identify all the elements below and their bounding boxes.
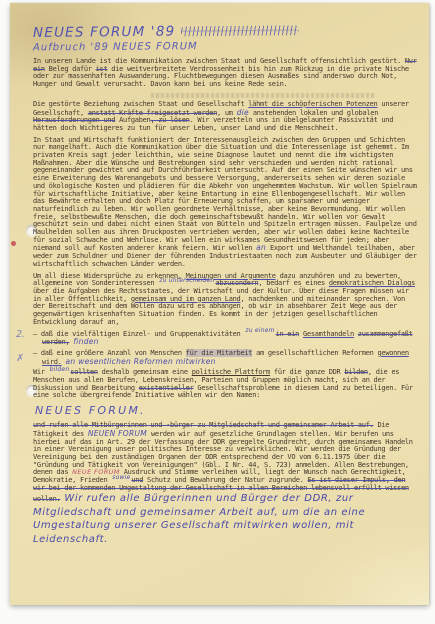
handwritten-ink: an	[256, 243, 266, 252]
typed-text: Gesamthandeln	[303, 330, 354, 338]
handwritten-ink: NEUES FORUM '89	[33, 23, 181, 41]
typed-text: NEUES FORUM.	[35, 404, 146, 417]
margin-annotation: 2.	[16, 329, 24, 340]
typed-paragraph: Die gestörte Beziehung zwischen Staat un…	[33, 101, 417, 133]
handwritten-title: NEUES FORUM '89	[33, 21, 417, 41]
scanned-paper-sheet: NEUES FORUM '89 Aufbruch '89 NEUES FORUM…	[10, 3, 429, 605]
typed-text: lähmt die schöpferischen Potenzen	[248, 100, 377, 108]
list-item: 2.– daß die vielfältigen Einzel- und Gru…	[33, 331, 417, 347]
handwritten-ink: zu einem	[245, 327, 274, 334]
typed-text: in ein	[276, 330, 300, 338]
scribbled-out-text	[181, 25, 299, 36]
handwritten-ink: Wir rufen alle Bürgerinnen und Bürger de…	[33, 493, 365, 545]
faint-ghost-text-line	[151, 93, 376, 98]
list-item: ✗– daß eine größere Anzahl von Menschen …	[33, 350, 417, 366]
typed-paragraph: In Staat und Wirtschaft funktioniert der…	[33, 137, 417, 269]
red-ink-dot	[11, 241, 16, 246]
handwritten-ink: bilden	[50, 366, 70, 373]
typed-text: am gesellschaftlichen Reformen	[252, 349, 377, 357]
typed-paragraph: Um all diese Widersprüche zu erkennen, M…	[33, 273, 417, 327]
typed-body: NEUES FORUM '89 Aufbruch '89 NEUES FORUM…	[33, 23, 417, 550]
handwritten-ink: die	[237, 108, 249, 117]
handwritten-ink: an wesentlichen Reformen mitwirken	[66, 357, 216, 366]
handwritten-forum-name: NEUES FORUM.	[35, 404, 417, 417]
typed-text: – daß die vielfältigen Einzel- und Grupp…	[33, 330, 244, 338]
typed-text: Aufbruch '89 NEUES FORUM	[33, 41, 198, 53]
handwritten-ink: zu unterscheiden	[159, 277, 214, 284]
handwritten-ink: NEUEN FORUM	[88, 429, 147, 438]
handwritten-ink: sowie	[112, 474, 130, 481]
typed-text: und rufen alle Mitbürgerinnen und -bürge…	[33, 421, 374, 429]
margin-annotation: ✗	[16, 353, 24, 364]
typed-paragraph: und rufen alle Mitbürgerinnen und -bürge…	[33, 422, 417, 546]
scan-canvas: { "meta": { "kind": "scanned typewritten…	[0, 0, 435, 624]
handwritten-subtitle: Aufbruch '89 NEUES FORUM	[33, 40, 417, 54]
typed-text: Die gestörte Beziehung zwischen Staat un…	[33, 100, 248, 108]
typed-paragraph: In unseren Lande ist die Kommunikation z…	[33, 58, 417, 89]
typed-text: In Staat und Wirtschaft funktioniert der…	[33, 136, 417, 253]
handwritten-ink: finden	[73, 337, 98, 346]
typed-paragraph: Wir bildensollten deshalb gemeinsam eine…	[33, 369, 417, 400]
